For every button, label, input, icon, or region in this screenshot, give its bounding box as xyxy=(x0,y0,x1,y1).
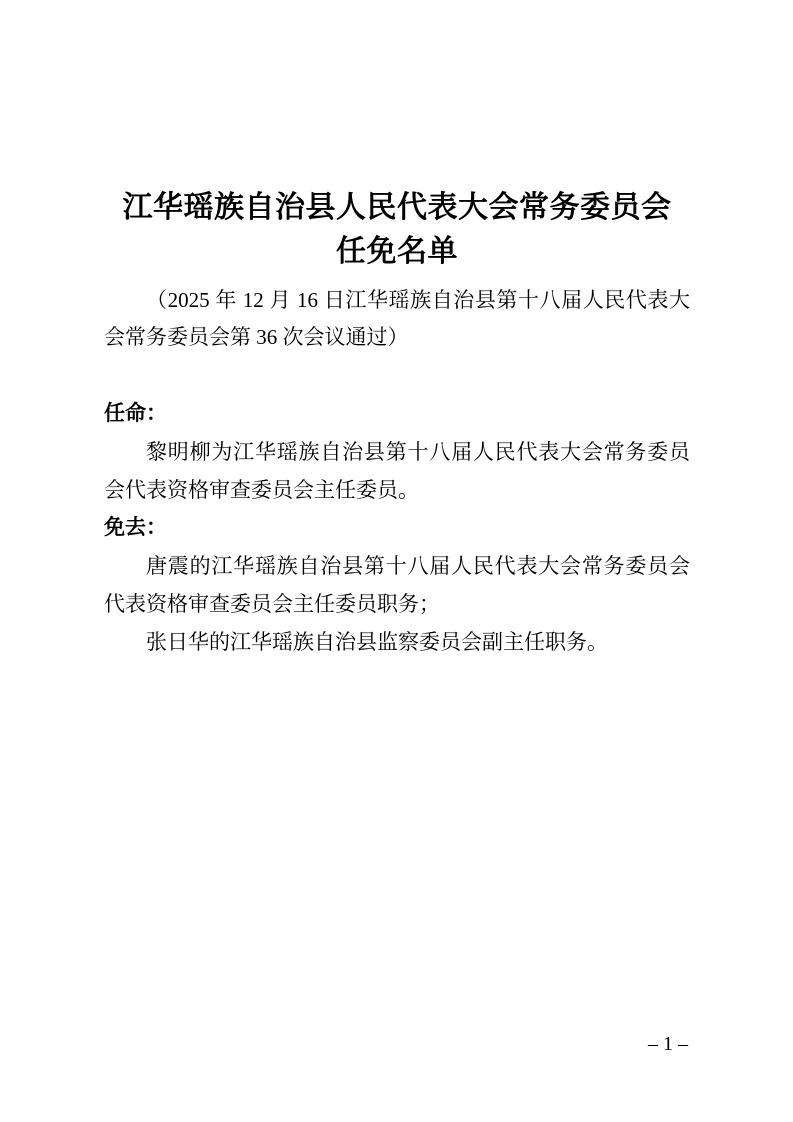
section-heading-appointments: 任命： xyxy=(104,395,690,433)
removal-item-1-line-1: 唐震的江华瑶族自治县第十八届人民代表大会常务委员会 xyxy=(104,547,690,585)
page-number: – 1 – xyxy=(648,1034,688,1054)
document-title-line-2: 任免名单 xyxy=(104,230,690,274)
meeting-note-line-2: 会常务委员会第 36 次会议通过） xyxy=(104,319,690,356)
meeting-note-line-1: （2025 年 12 月 16 日江华瑶族自治县第十八届人民代表大 xyxy=(104,282,690,319)
section-heading-removals: 免去： xyxy=(104,509,690,547)
document-page: 江华瑶族自治县人民代表大会常务委员会 任免名单 （2025 年 12 月 16 … xyxy=(0,0,793,1122)
document-body: 江华瑶族自治县人民代表大会常务委员会 任免名单 （2025 年 12 月 16 … xyxy=(104,186,690,661)
document-title-line-1: 江华瑶族自治县人民代表大会常务委员会 xyxy=(104,186,690,230)
appointment-item-1-line-1: 黎明柳为江华瑶族自治县第十八届人民代表大会常务委员 xyxy=(104,433,690,471)
removal-item-2-line-1: 张日华的江华瑶族自治县监察委员会副主任职务。 xyxy=(104,623,690,661)
removal-item-1-line-2: 代表资格审查委员会主任委员职务； xyxy=(104,585,690,623)
meeting-note: （2025 年 12 月 16 日江华瑶族自治县第十八届人民代表大 会常务委员会… xyxy=(104,282,690,356)
appointment-item-1-line-2: 会代表资格审查委员会主任委员。 xyxy=(104,471,690,509)
